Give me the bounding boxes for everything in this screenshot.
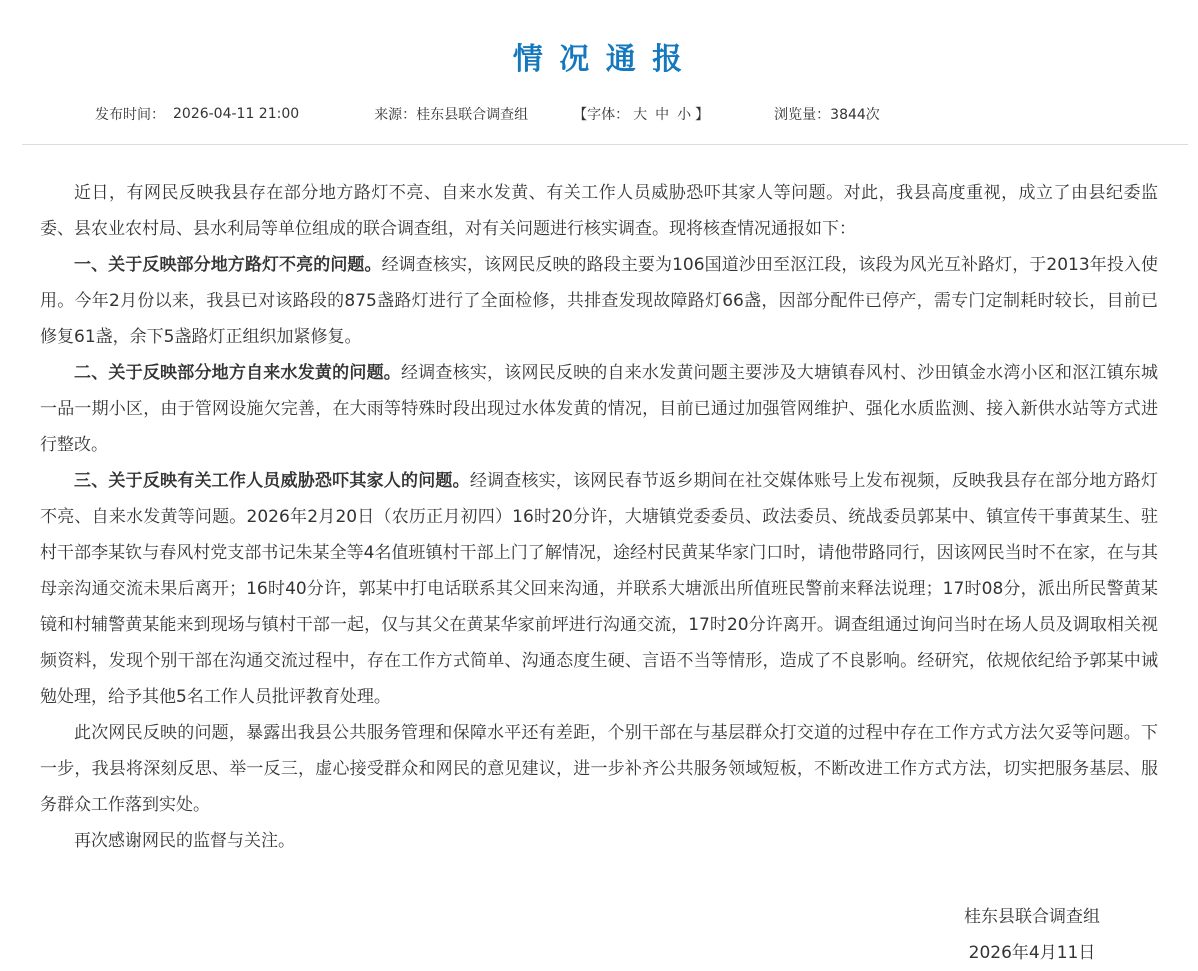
- paragraph-lead: 三、关于反映有关工作人员威胁恐吓其家人的问题。: [74, 471, 470, 491]
- signature-block: 桂东县联合调查组 2026年4月11日: [0, 899, 1198, 971]
- signature-date: 2026年4月11日: [964, 935, 1100, 971]
- signature-org: 桂东县联合调查组: [964, 899, 1100, 935]
- view-count: 浏览量： 3844次: [774, 104, 880, 124]
- page-title: 情 况 通 报: [0, 34, 1198, 78]
- publish-time: 发布时间： 2026-04-11 21:00: [95, 104, 299, 124]
- paragraph-text: 经调查核实，该网民春节返乡期间在社交媒体账号上发布视频，反映我县存在部分地方路灯…: [40, 471, 1158, 707]
- paragraph-lead: 一、关于反映部分地方路灯不亮的问题。: [74, 255, 382, 275]
- font-size-medium-button[interactable]: 中: [655, 104, 669, 124]
- paragraph: 二、关于反映部分地方自来水发黄的问题。经调查核实，该网民反映的自来水发黄问题主要…: [40, 355, 1158, 463]
- paragraph-text: 再次感谢网民的监督与关注。: [74, 831, 295, 851]
- paragraph: 近日，有网民反映我县存在部分地方路灯不亮、自来水发黄、有关工作人员威胁恐吓其家人…: [40, 175, 1158, 247]
- paragraph: 再次感谢网民的监督与关注。: [40, 823, 1158, 859]
- article-body: 近日，有网民反映我县存在部分地方路灯不亮、自来水发黄、有关工作人员威胁恐吓其家人…: [0, 175, 1198, 859]
- paragraph-lead: 二、关于反映部分地方自来水发黄的问题。: [74, 363, 401, 383]
- paragraph: 一、关于反映部分地方路灯不亮的问题。经调查核实，该网民反映的路段主要为106国道…: [40, 247, 1158, 355]
- publish-time-label: 发布时间：: [95, 104, 165, 124]
- font-size-small-button[interactable]: 小: [677, 104, 691, 124]
- view-count-value: 3844次: [830, 104, 880, 124]
- font-size-selector: 【字体： 大 中 小 】: [573, 104, 709, 124]
- font-label-open: 【字体：: [573, 104, 629, 124]
- meta-bar: 发布时间： 2026-04-11 21:00 来源： 桂东县联合调查组 【字体：…: [0, 104, 1198, 124]
- source-value: 桂东县联合调查组: [416, 104, 528, 124]
- header-divider: [22, 144, 1188, 145]
- paragraph: 此次网民反映的问题，暴露出我县公共服务管理和保障水平还有差距，个别干部在与基层群…: [40, 715, 1158, 823]
- paragraph: 三、关于反映有关工作人员威胁恐吓其家人的问题。经调查核实，该网民春节返乡期间在社…: [40, 463, 1158, 715]
- paragraph-text: 近日，有网民反映我县存在部分地方路灯不亮、自来水发黄、有关工作人员威胁恐吓其家人…: [40, 183, 1158, 239]
- font-size-large-button[interactable]: 大: [633, 104, 647, 124]
- notice-page: 情 况 通 报 发布时间： 2026-04-11 21:00 来源： 桂东县联合…: [0, 0, 1198, 971]
- source: 来源： 桂东县联合调查组: [374, 104, 528, 124]
- publish-time-value: 2026-04-11 21:00: [173, 106, 299, 122]
- view-count-label: 浏览量：: [774, 104, 830, 124]
- font-label-close: 】: [695, 104, 709, 124]
- source-label: 来源：: [374, 104, 416, 124]
- paragraph-text: 此次网民反映的问题，暴露出我县公共服务管理和保障水平还有差距，个别干部在与基层群…: [40, 723, 1158, 815]
